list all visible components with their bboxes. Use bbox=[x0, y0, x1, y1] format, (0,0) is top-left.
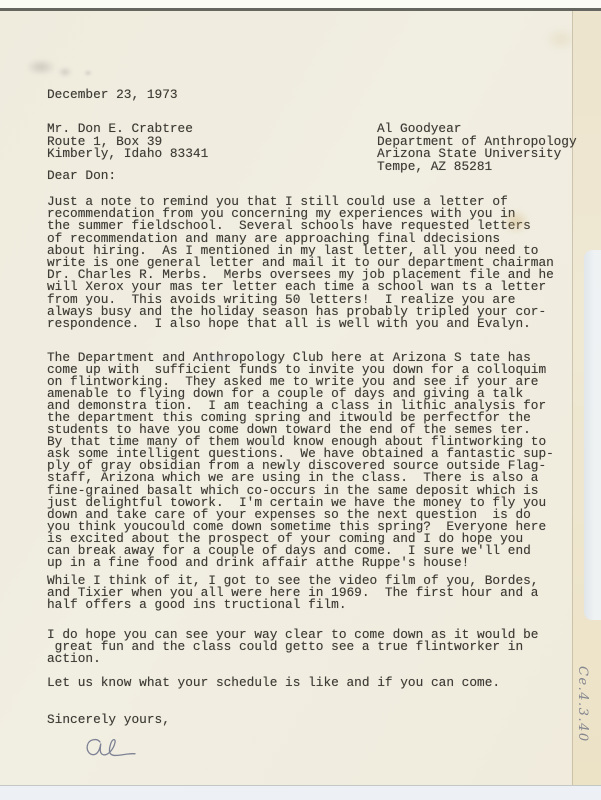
pencil-smudge bbox=[58, 67, 72, 77]
sender-address: Al Goodyear Department of Anthropology A… bbox=[377, 123, 577, 174]
catalog-number-annotation: Ce.4.3.40 bbox=[575, 666, 590, 743]
paragraph-4: I do hope you can see your way clear to … bbox=[47, 629, 538, 666]
paragraph-2: The Department and Anthropology Club her… bbox=[47, 352, 554, 569]
scanned-letter-page: December 23, 1973 Mr. Don E. Crabtree Ro… bbox=[0, 0, 601, 800]
paragraph-1: Just a note to remind you that I still c… bbox=[47, 196, 554, 330]
pencil-smudge bbox=[26, 59, 56, 75]
paragraph-5: Let us know what your schedule is like a… bbox=[47, 677, 500, 689]
handwritten-signature-al bbox=[84, 733, 138, 763]
scan-background-bottom bbox=[0, 785, 601, 800]
salutation: Dear Don: bbox=[47, 170, 116, 182]
recipient-address: Mr. Don E. Crabtree Route 1, Box 39 Kimb… bbox=[47, 123, 208, 161]
scan-background-top bbox=[0, 0, 601, 8]
letter-date: December 23, 1973 bbox=[47, 89, 178, 101]
closing-line: Sincerely yours, bbox=[47, 714, 170, 726]
scan-edge-gap bbox=[584, 250, 601, 620]
paragraph-3: While I think of it, I got to see the vi… bbox=[47, 575, 538, 612]
pencil-smudge bbox=[84, 70, 92, 76]
